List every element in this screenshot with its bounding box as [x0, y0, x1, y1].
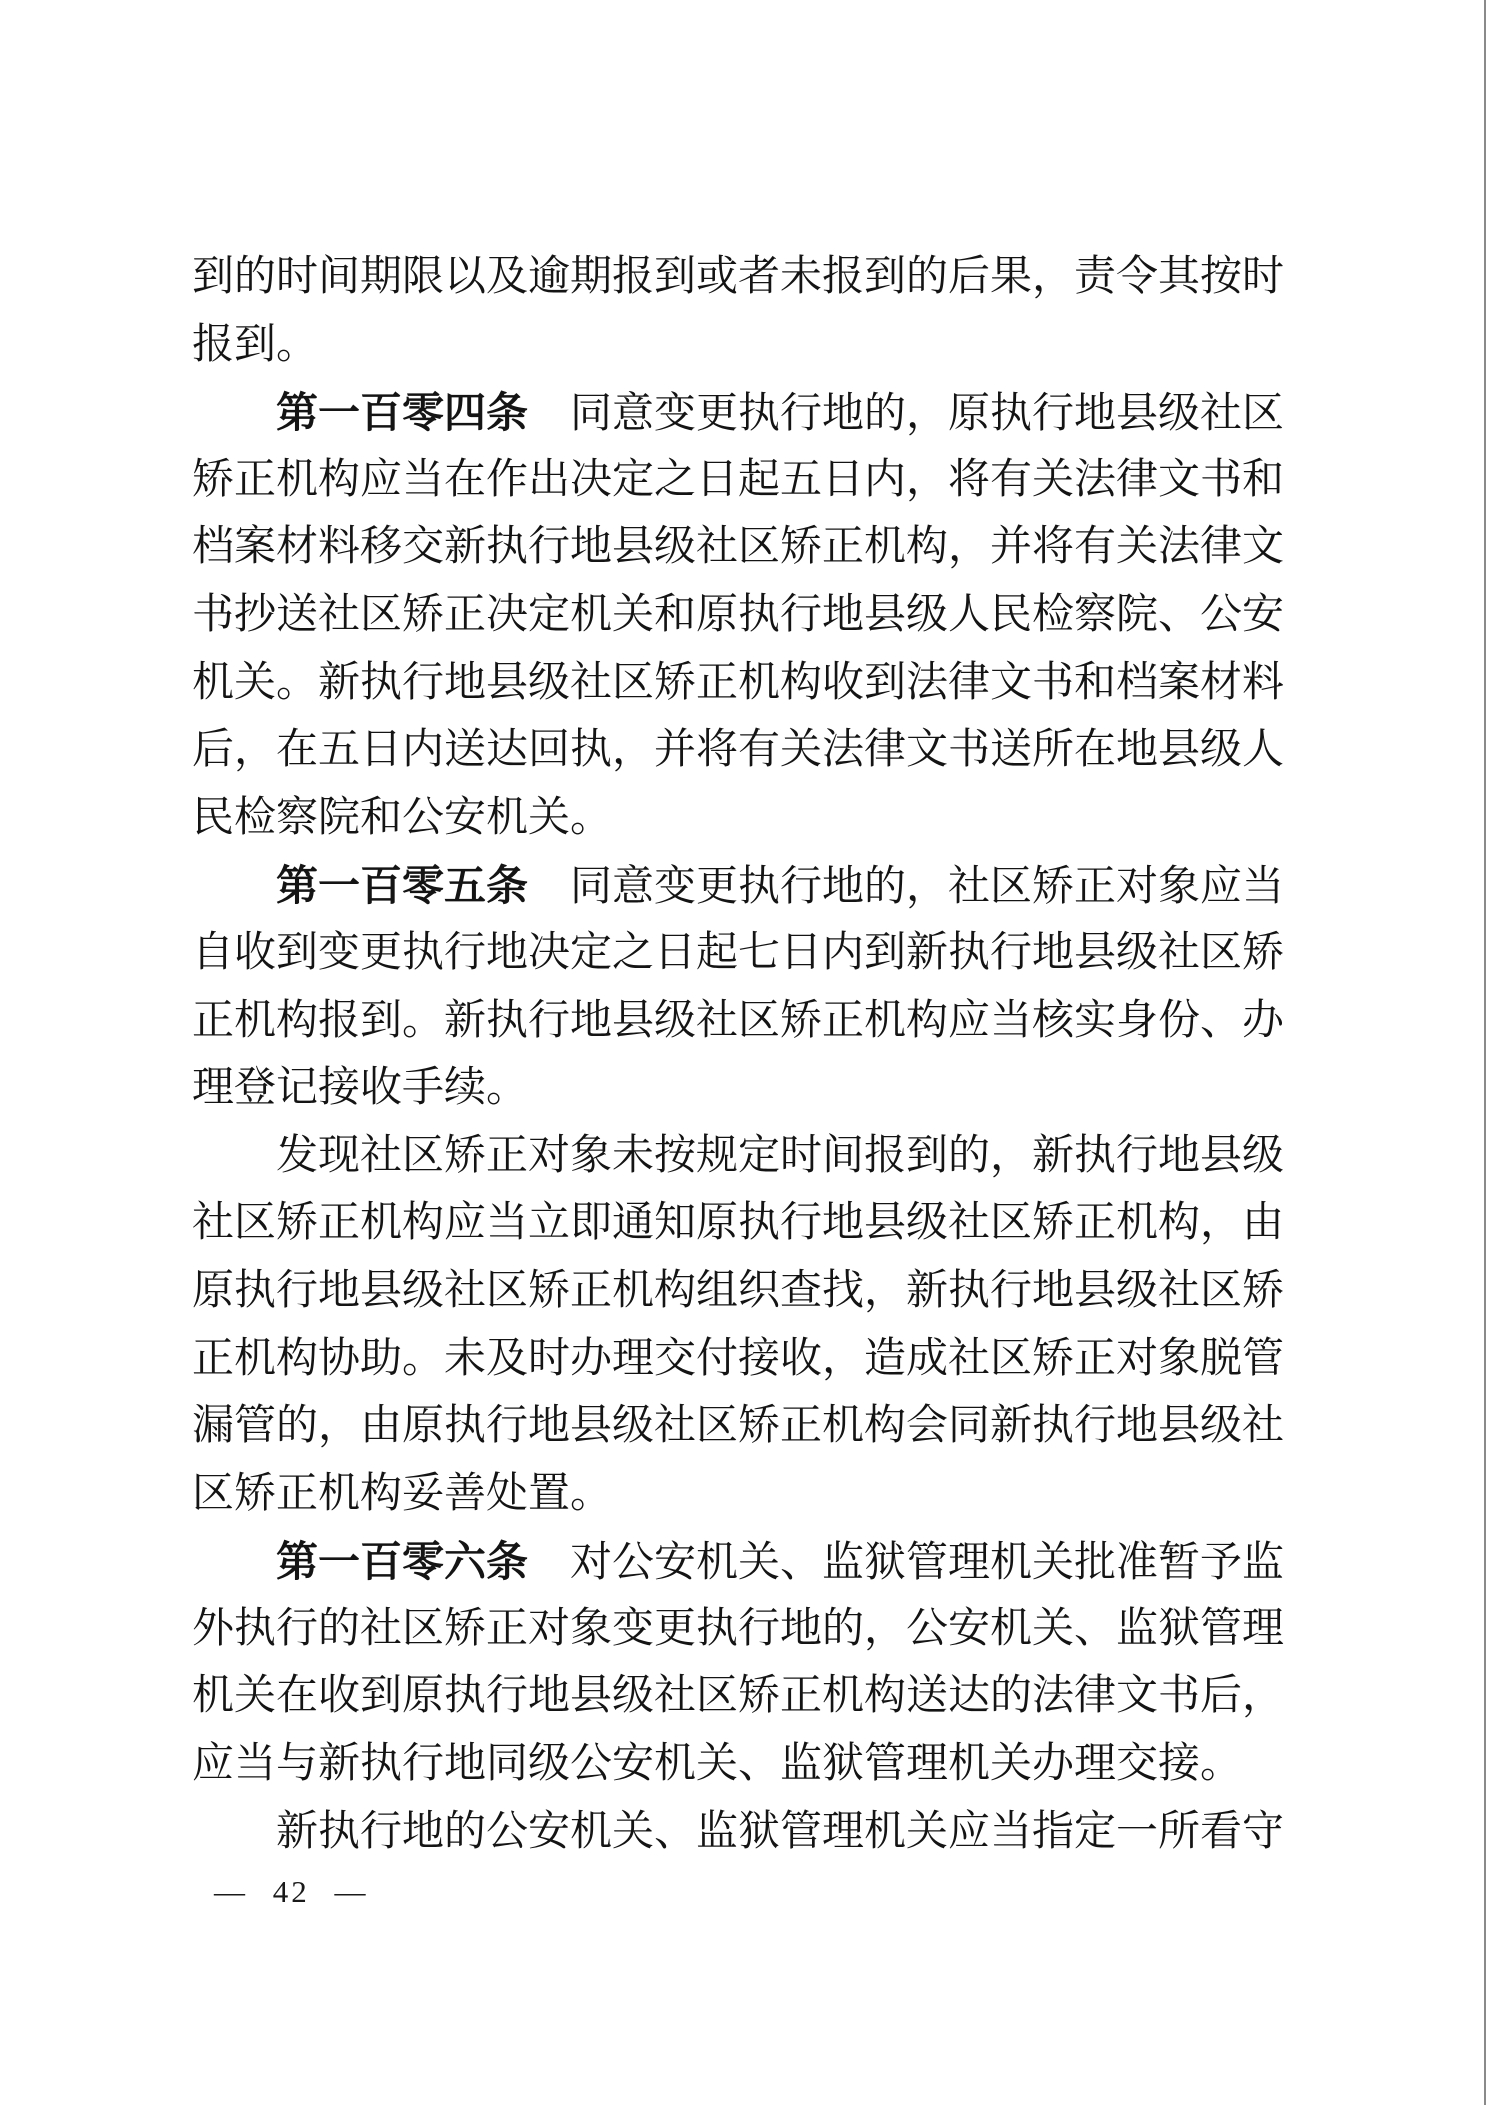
- text-line: 报到。: [192, 312, 1290, 380]
- line-text: 对公安机关、监狱管理机关批准暂予监: [570, 1540, 1284, 1586]
- scan-edge-line: [1484, 0, 1486, 2105]
- text-line: 到的时间期限以及逾期报到或者未报到的后果，责令其按时: [192, 244, 1290, 312]
- line-text: 矫正机构应当在作出决定之日起五日内，将有关法律文书和: [192, 457, 1284, 503]
- text-line: 第一百零四条同意变更执行地的，原执行地县级社区: [192, 379, 1290, 447]
- line-text: 应当与新执行地同级公安机关、监狱管理机关办理交接。: [192, 1741, 1242, 1787]
- text-line: 第一百零六条对公安机关、监狱管理机关批准暂予监: [192, 1528, 1290, 1596]
- line-text: 发现社区矫正对象未按规定时间报到的，新执行地县级: [276, 1133, 1284, 1179]
- text-line: 发现社区矫正对象未按规定时间报到的，新执行地县级: [192, 1123, 1290, 1191]
- document-text-block: 到的时间期限以及逾期报到或者未报到的后果，责令其按时报到。第一百零四条同意变更执…: [192, 244, 1290, 1866]
- text-line: 后，在五日内送达回执，并将有关法律文书送所在地县级人: [192, 717, 1290, 785]
- line-text: 到的时间期限以及逾期报到或者未报到的后果，责令其按时: [192, 254, 1284, 300]
- text-line: 第一百零五条同意变更执行地的，社区矫正对象应当: [192, 852, 1290, 920]
- line-text: 外执行的社区矫正对象变更执行地的，公安机关、监狱管理: [192, 1606, 1284, 1652]
- line-text: 同意变更执行地的，原执行地县级社区: [570, 391, 1284, 437]
- text-line: 外执行的社区矫正对象变更执行地的，公安机关、监狱管理: [192, 1596, 1290, 1664]
- line-text: 报到。: [192, 322, 318, 368]
- line-text: 书抄送社区矫正决定机关和原执行地县级人民检察院、公安: [192, 592, 1284, 638]
- text-line: 社区矫正机构应当立即通知原执行地县级社区矫正机构，由: [192, 1190, 1290, 1258]
- article-number: 第一百零四条: [276, 389, 528, 436]
- line-text: 机关在收到原执行地县级社区矫正机构送达的法律文书后，: [192, 1673, 1284, 1719]
- line-text: 区矫正机构妥善处置。: [192, 1471, 612, 1517]
- line-text: 原执行地县级社区矫正机构组织查找，新执行地县级社区矫: [192, 1268, 1284, 1314]
- text-line: 应当与新执行地同级公安机关、监狱管理机关办理交接。: [192, 1731, 1290, 1799]
- text-line: 民检察院和公安机关。: [192, 785, 1290, 853]
- text-line: 矫正机构应当在作出决定之日起五日内，将有关法律文书和: [192, 447, 1290, 515]
- line-text: 漏管的，由原执行地县级社区矫正机构会同新执行地县级社: [192, 1403, 1284, 1449]
- text-line: 理登记接收手续。: [192, 1055, 1290, 1123]
- line-text: 后，在五日内送达回执，并将有关法律文书送所在地县级人: [192, 727, 1284, 773]
- text-line: 正机构协助。未及时办理交付接收，造成社区矫正对象脱管: [192, 1326, 1290, 1394]
- line-text: 民检察院和公安机关。: [192, 795, 612, 841]
- text-line: 书抄送社区矫正决定机关和原执行地县级人民检察院、公安: [192, 582, 1290, 650]
- text-line: 机关在收到原执行地县级社区矫正机构送达的法律文书后，: [192, 1663, 1290, 1731]
- text-line: 原执行地县级社区矫正机构组织查找，新执行地县级社区矫: [192, 1258, 1290, 1326]
- line-text: 社区矫正机构应当立即通知原执行地县级社区矫正机构，由: [192, 1200, 1284, 1246]
- text-line: 区矫正机构妥善处置。: [192, 1461, 1290, 1529]
- text-line: 漏管的，由原执行地县级社区矫正机构会同新执行地县级社: [192, 1393, 1290, 1461]
- text-line: 档案材料移交新执行地县级社区矫正机构，并将有关法律文: [192, 514, 1290, 582]
- line-text: 同意变更执行地的，社区矫正对象应当: [570, 864, 1284, 910]
- line-text: 理登记接收手续。: [192, 1065, 528, 1111]
- line-text: 自收到变更执行地决定之日起七日内到新执行地县级社区矫: [192, 930, 1284, 976]
- article-number: 第一百零五条: [276, 862, 528, 909]
- line-text: 机关。新执行地县级社区矫正机构收到法律文书和档案材料: [192, 660, 1284, 706]
- document-page: 到的时间期限以及逾期报到或者未报到的后果，责令其按时报到。第一百零四条同意变更执…: [0, 0, 1488, 2105]
- line-text: 档案材料移交新执行地县级社区矫正机构，并将有关法律文: [192, 524, 1284, 570]
- text-line: 正机构报到。新执行地县级社区矫正机构应当核实身份、办: [192, 988, 1290, 1056]
- line-text: 正机构协助。未及时办理交付接收，造成社区矫正对象脱管: [192, 1336, 1284, 1382]
- line-text: 新执行地的公安机关、监狱管理机关应当指定一所看守: [276, 1809, 1284, 1855]
- line-text: 正机构报到。新执行地县级社区矫正机构应当核实身份、办: [192, 998, 1284, 1044]
- page-number: — 42 —: [214, 1872, 369, 1912]
- article-number: 第一百零六条: [276, 1538, 528, 1585]
- text-line: 机关。新执行地县级社区矫正机构收到法律文书和档案材料: [192, 650, 1290, 718]
- text-line: 自收到变更执行地决定之日起七日内到新执行地县级社区矫: [192, 920, 1290, 988]
- text-line: 新执行地的公安机关、监狱管理机关应当指定一所看守: [192, 1799, 1290, 1867]
